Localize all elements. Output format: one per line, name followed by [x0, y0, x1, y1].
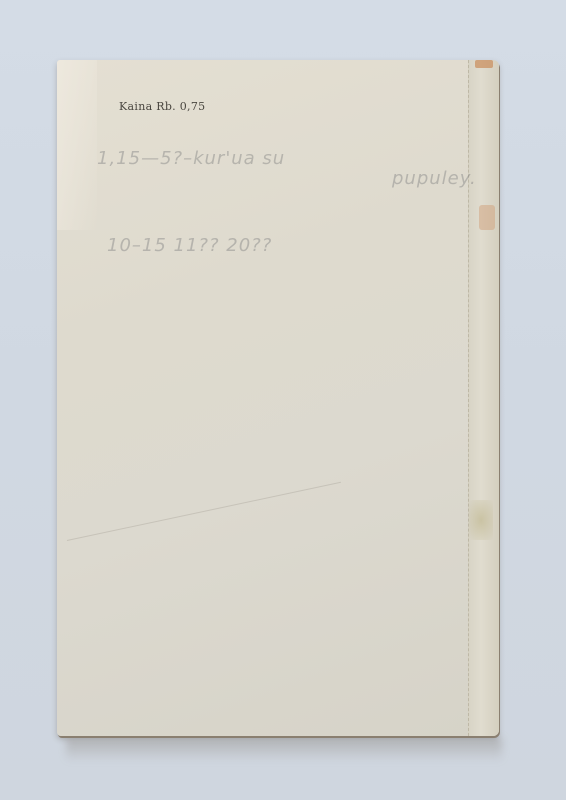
corner-crease	[57, 60, 97, 230]
price-label: Kaina Rb. 0,75	[119, 100, 205, 113]
handwritten-note: 1,15—5?–kur'ua su	[97, 148, 285, 169]
spine-edge	[468, 60, 499, 736]
book-back-cover: Kaina Rb. 0,75 1,15—5?–kur'ua su pupuley…	[57, 60, 499, 736]
fold-line	[67, 482, 341, 541]
stain-mid	[479, 205, 495, 230]
handwritten-note: 10–15 11?? 20??	[107, 235, 272, 256]
book-shadow	[66, 738, 502, 762]
stain-top	[475, 60, 493, 68]
handwritten-note: pupuley.	[392, 168, 477, 189]
stain-low	[469, 500, 493, 540]
